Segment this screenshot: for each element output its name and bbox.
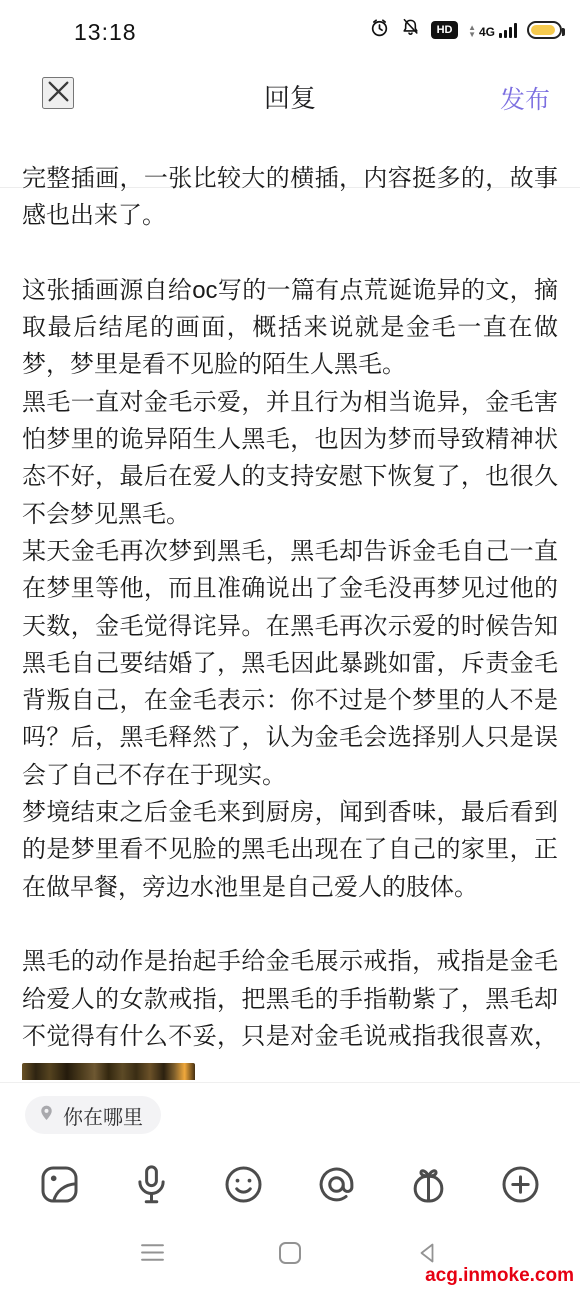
mention-button[interactable] — [313, 1163, 359, 1209]
voice-button[interactable] — [128, 1163, 174, 1209]
header: 回复 发布 — [0, 60, 580, 127]
gift-icon — [406, 1162, 451, 1210]
publish-button[interactable]: 发布 — [500, 80, 550, 116]
battery-icon — [527, 21, 562, 39]
reply-compose-screen: 13:18 HD ▲▼ 4G — [0, 0, 580, 1289]
status-bar: 13:18 HD ▲▼ 4G — [0, 0, 580, 60]
plus-icon — [498, 1162, 543, 1210]
composer-toolbar — [0, 1158, 580, 1214]
photo-button[interactable] — [36, 1163, 82, 1209]
page-title: 回复 — [0, 78, 580, 115]
photo-icon — [37, 1162, 82, 1210]
location-chip[interactable]: 你在哪里 — [25, 1096, 161, 1134]
reply-text-input[interactable]: 完整插画，一张比较大的横插，内容挺多的，故事感也出来了。 这张插画源自给oc写的… — [22, 160, 558, 1058]
mute-bell-icon — [400, 17, 421, 43]
menu-icon — [139, 1239, 166, 1269]
composer-divider — [0, 1082, 580, 1083]
location-pin-icon — [37, 1103, 56, 1128]
attached-image-thumbnail[interactable] — [22, 1063, 195, 1080]
mention-icon — [314, 1162, 359, 1210]
alarm-icon — [369, 17, 390, 43]
location-chip-label: 你在哪里 — [63, 1101, 143, 1130]
home-square-icon — [277, 1240, 303, 1269]
more-button[interactable] — [498, 1163, 544, 1209]
signal-4g-icon: ▲▼ 4G — [468, 23, 517, 38]
emoji-button[interactable] — [221, 1163, 267, 1209]
menu-button[interactable] — [138, 1240, 166, 1268]
watermark-text: acg.inmoke.com — [425, 1265, 574, 1287]
hd-badge: HD — [431, 21, 458, 39]
back-button[interactable] — [414, 1240, 442, 1268]
home-button[interactable] — [276, 1240, 304, 1268]
emoji-icon — [221, 1162, 266, 1210]
gift-button[interactable] — [406, 1163, 452, 1209]
microphone-icon — [129, 1162, 174, 1210]
clock-time: 13:18 — [74, 19, 137, 46]
status-icons: HD ▲▼ 4G — [369, 0, 562, 60]
